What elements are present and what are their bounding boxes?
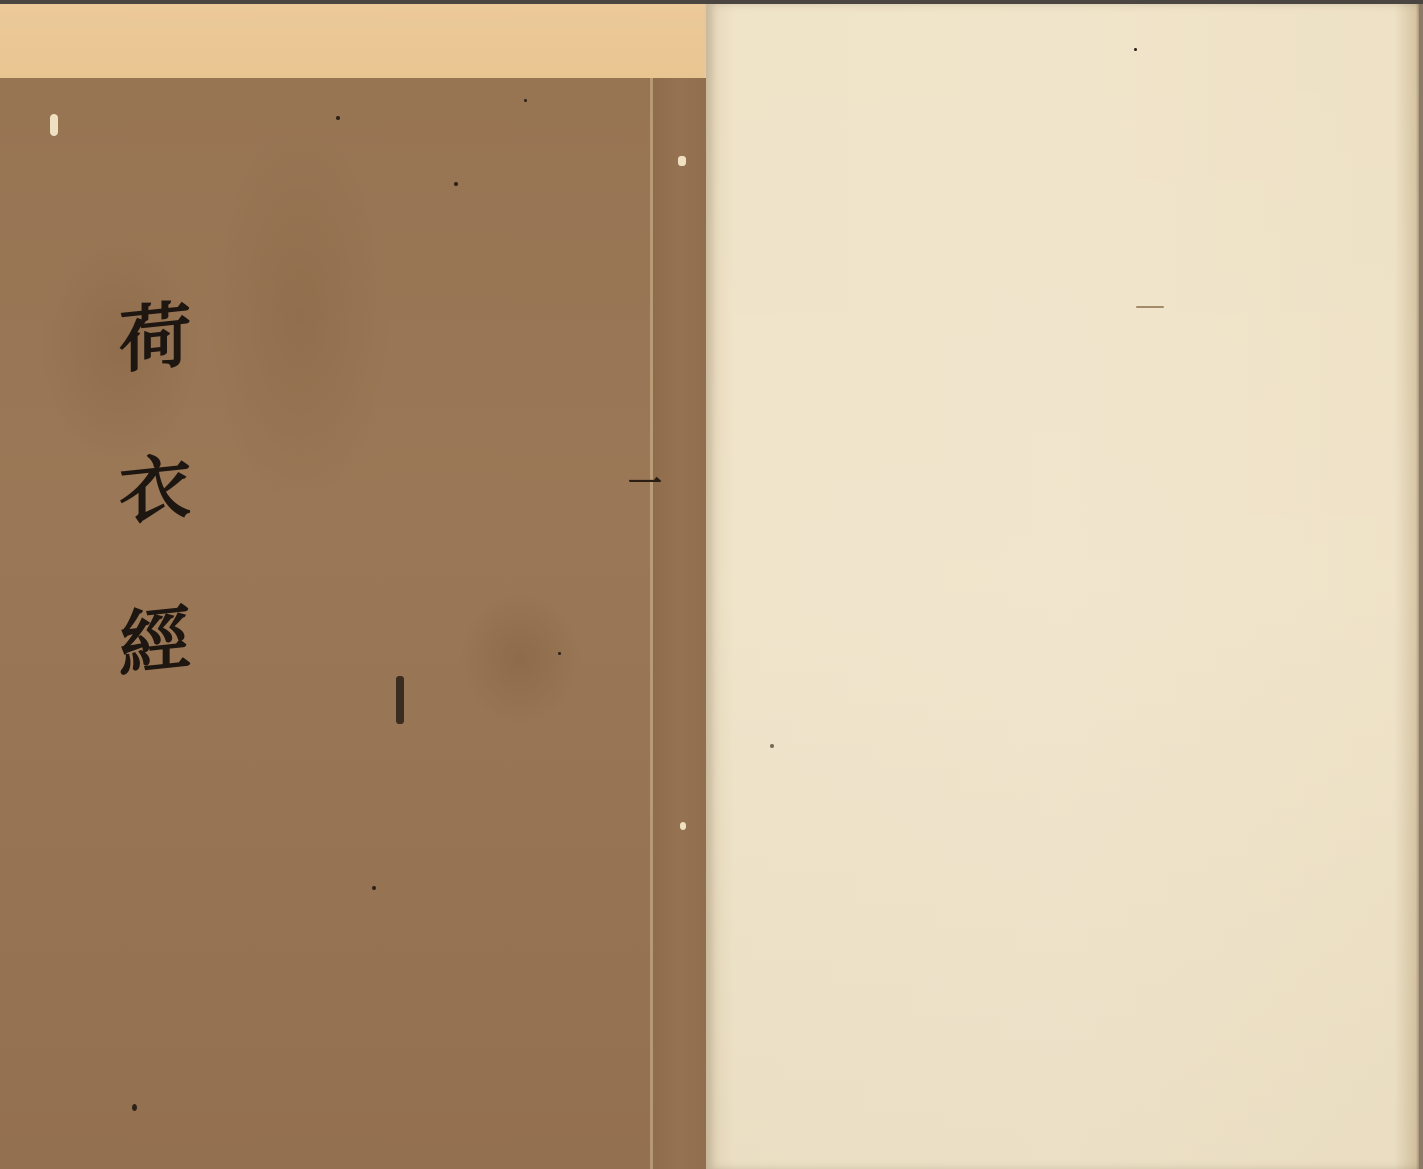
ink-spot xyxy=(1134,48,1137,51)
paper-chip xyxy=(680,822,686,830)
ink-spot xyxy=(454,182,458,186)
ink-spot xyxy=(132,1104,137,1111)
ink-spot xyxy=(558,652,561,655)
paper-chip xyxy=(678,156,686,166)
spine-strip xyxy=(653,78,706,1169)
spine-fold-line xyxy=(650,78,653,1169)
fiber-mark xyxy=(1136,306,1164,308)
spine-mark: 一 xyxy=(628,474,662,494)
right-page xyxy=(706,4,1423,1169)
ink-spot xyxy=(524,99,527,102)
cover-top-strip xyxy=(0,4,704,78)
cover-title: 荷衣經 xyxy=(104,295,194,760)
page-edge xyxy=(1419,4,1423,1169)
left-page: 荷衣經 一 xyxy=(0,4,706,1169)
paper-chip xyxy=(50,114,58,136)
volume-mark xyxy=(396,676,404,724)
ink-spot xyxy=(770,744,774,748)
ink-spot xyxy=(336,116,340,120)
ink-spot xyxy=(372,886,376,890)
